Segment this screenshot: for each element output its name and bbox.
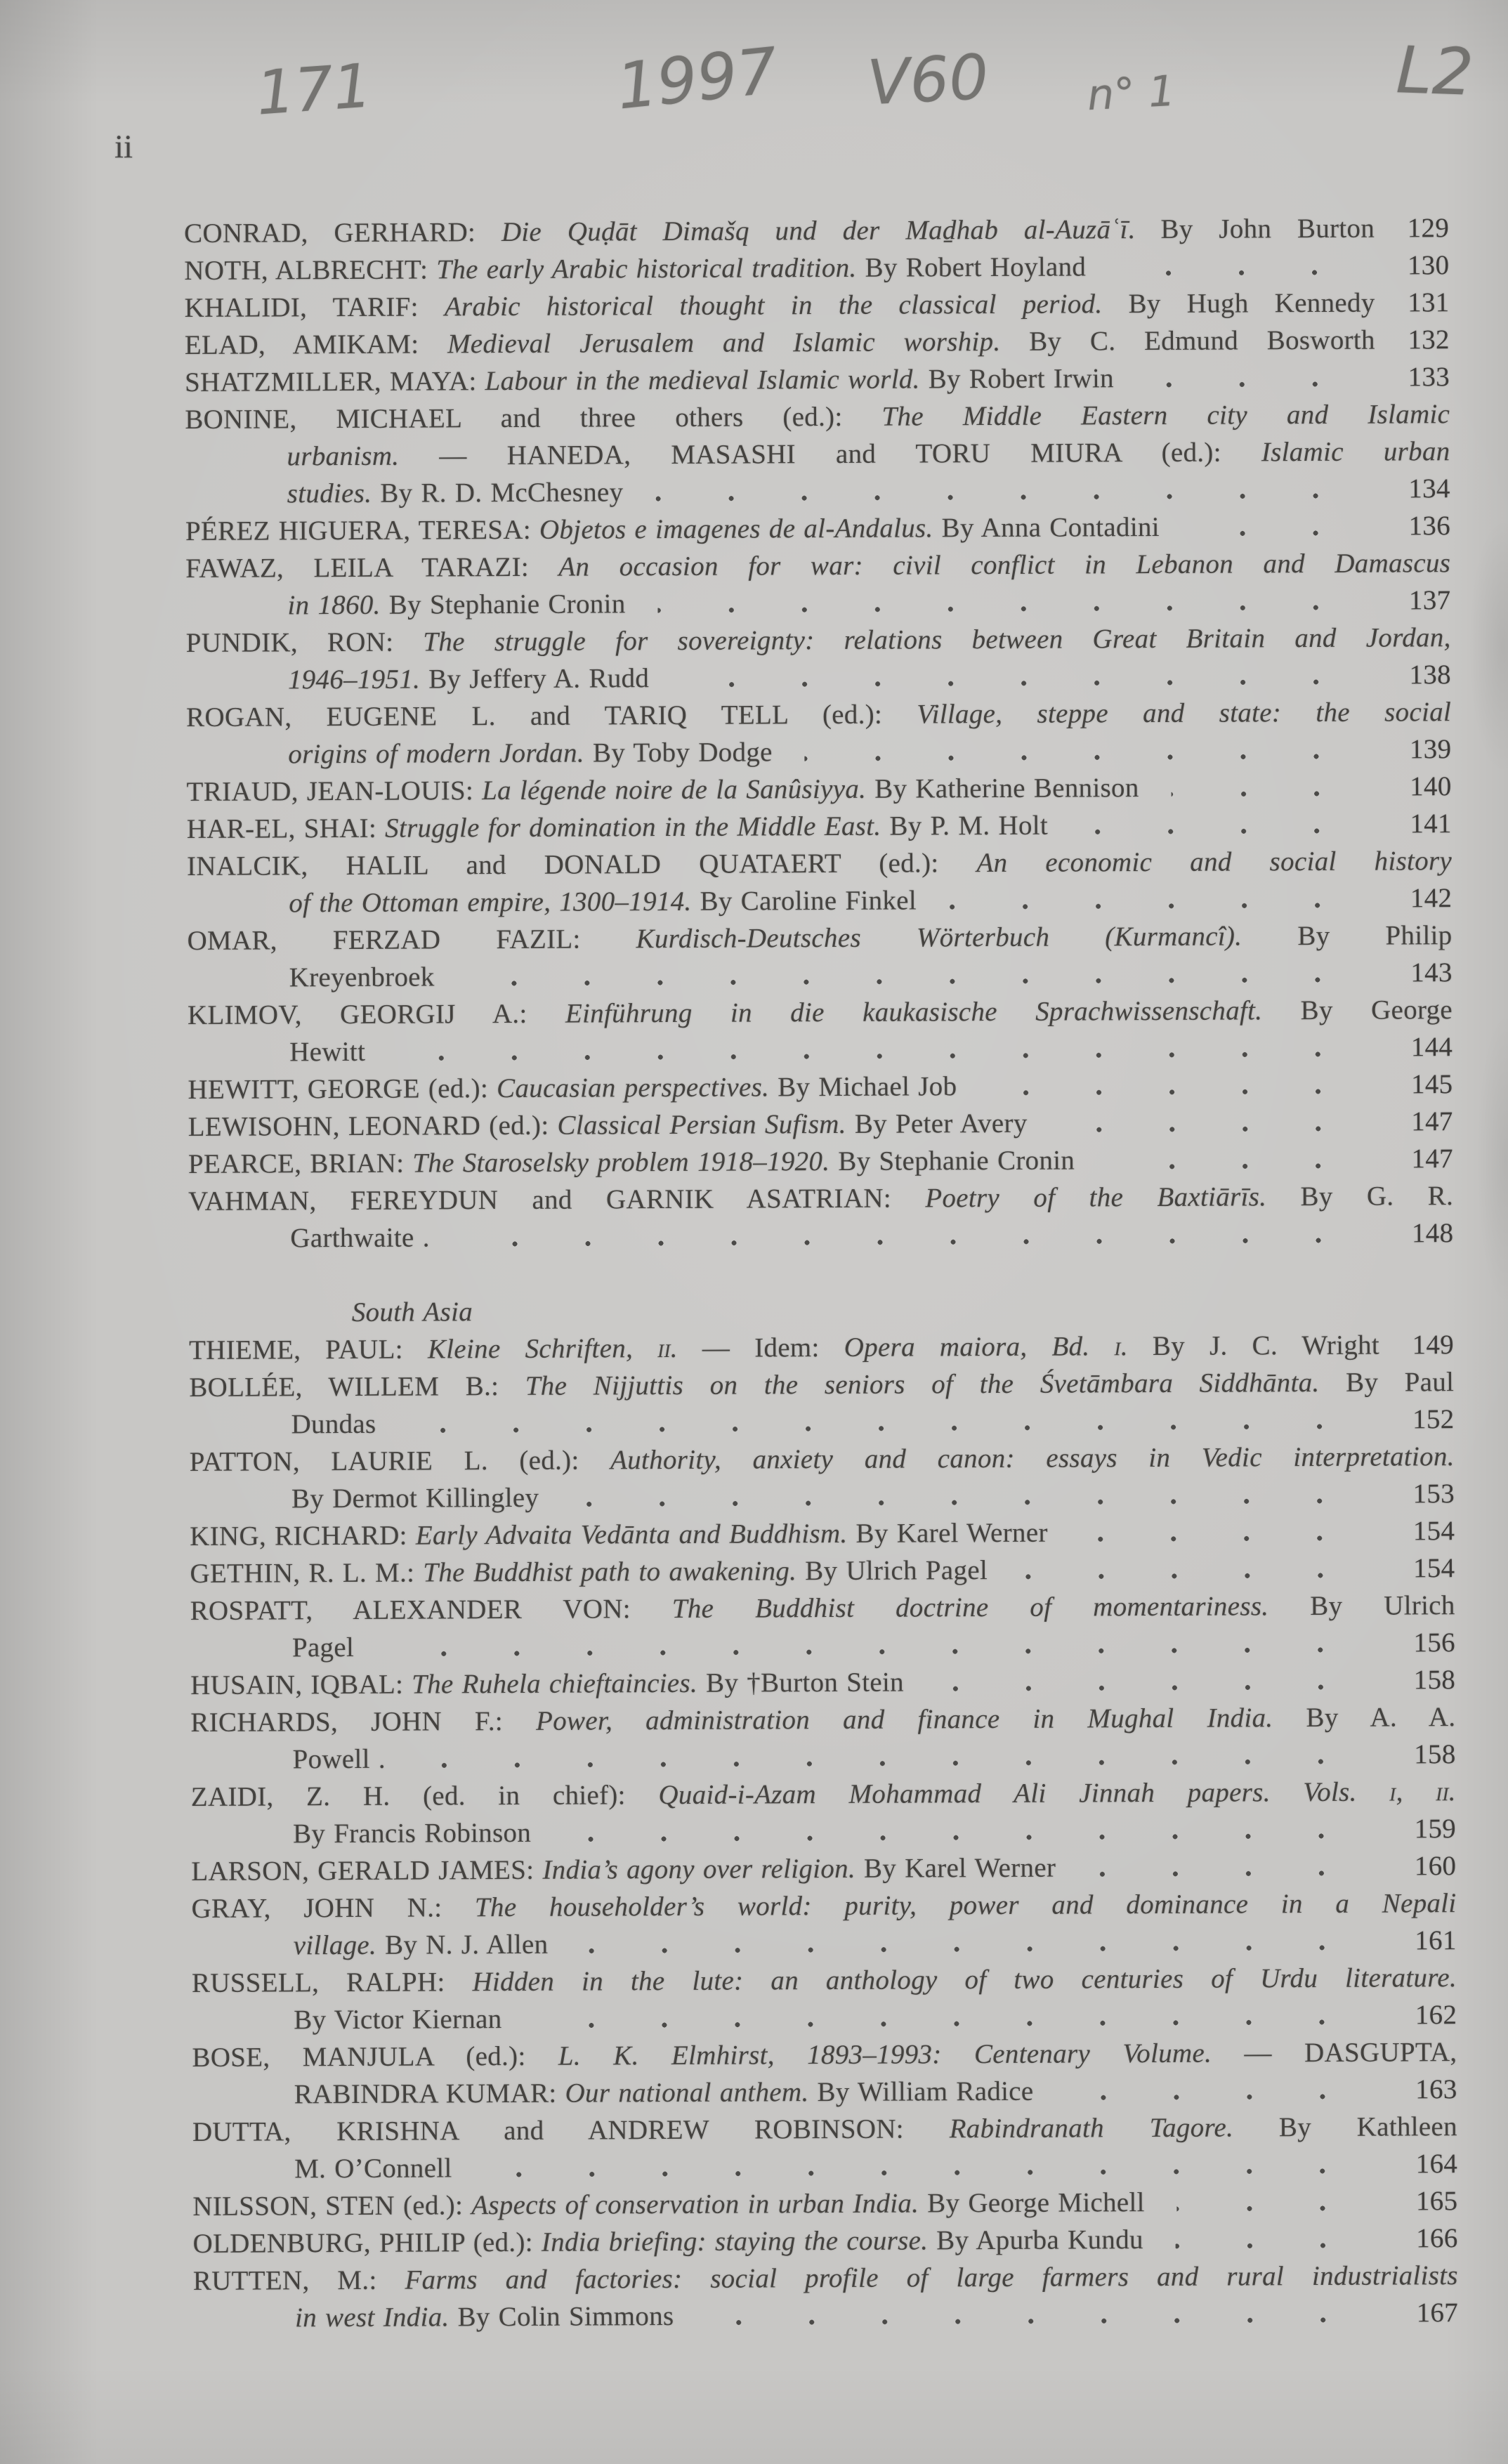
dot-leader xyxy=(563,1811,1358,1852)
entry-page-number: 141 xyxy=(1377,805,1452,842)
entry-page-number: 143 xyxy=(1378,954,1453,991)
entry-page-number: 154 xyxy=(1380,1512,1455,1549)
index-entry-line: NOTH, ALBRECHT: The early Arabic histori… xyxy=(184,247,1449,289)
index-entry-line: KLIMOV, GEORGIJ A.: Einführung in die ka… xyxy=(188,991,1453,1034)
dot-leader xyxy=(1192,508,1352,546)
index-entry-line: DUTTA, KRISHNA and ANDREW ROBINSON: Rabi… xyxy=(192,2108,1457,2151)
entry-page-number: 148 xyxy=(1379,1214,1453,1252)
dot-leader xyxy=(989,1066,1354,1105)
entry-text: Dundas xyxy=(291,1405,376,1443)
entry-text: village. By N. J. Allen xyxy=(294,1926,549,1965)
entry-text: THIEME, PAUL: Kleine Schriften, ii. — Id… xyxy=(189,1327,1379,1369)
index-entry-line: LEWISOHN, LEONARD (ed.): Classical Persi… xyxy=(188,1103,1453,1146)
entry-text: DUTTA, KRISHNA and ANDREW ROBINSON: Rabi… xyxy=(192,2108,1457,2151)
index-entry-line: ROSPATT, ALEXANDER VON: The Buddhist doc… xyxy=(190,1587,1455,1630)
index-entry-line: GRAY, JOHN N.: The householder’s world: … xyxy=(191,1885,1456,1927)
entry-text: SHATZMILLER, MAYA: Labour in the medieva… xyxy=(185,360,1114,401)
entry-text: NILSSON, STEN (ed.): Aspects of conserva… xyxy=(192,2184,1145,2225)
index-entry-line: BOLLÉE, WILLEM B.: The Nijjuttis on the … xyxy=(189,1363,1454,1406)
entry-text: PEARCE, BRIAN: The Staroselsky problem 1… xyxy=(188,1141,1075,1183)
entry-page-number: 132 xyxy=(1375,321,1450,358)
index-entry-line: Powell .158 xyxy=(190,1736,1455,1778)
index-entry-line: ZAIDI, Z. H. (ed. in chief): Quaid-i-Aza… xyxy=(191,1773,1456,1816)
entry-page-number: 162 xyxy=(1382,1996,1457,2033)
entry-page-number: 161 xyxy=(1382,1922,1457,1959)
index-entry-line: FAWAZ, LEILA TARAZI: An occasion for war… xyxy=(185,544,1450,587)
entry-page-number: 156 xyxy=(1381,1624,1455,1661)
index-entry-line: SHATZMILLER, MAYA: Labour in the medieva… xyxy=(185,358,1450,401)
index-entry-line: LARSON, GERALD JAMES: India’s agony over… xyxy=(191,1847,1456,1890)
index-entry-line: BOSE, MANJULA (ed.): L. K. Elmhirst, 189… xyxy=(192,2033,1457,2076)
dot-leader xyxy=(1080,1513,1357,1552)
index-entry-line: urbanism. — HANEDA, MASASHI and TORU MIU… xyxy=(185,433,1450,476)
scanned-page: { "document": { "folio": "ii", "handwrit… xyxy=(0,0,1508,2464)
index-entry-line: PEARCE, BRIAN: The Staroselsky problem 1… xyxy=(188,1140,1453,1183)
index-entry-line: RUTTEN, M.: Farms and factories: social … xyxy=(193,2257,1458,2300)
entry-text: GETHIN, R. L. M.: The Buddhist path to a… xyxy=(190,1552,988,1592)
entry-text: RABINDRA KUMAR: Our national anthem. By … xyxy=(294,2073,1034,2114)
index-entry-line: RUSSELL, RALPH: Hidden in the lute: an a… xyxy=(192,1959,1457,2002)
index-entry-line: KING, RICHARD: Early Advaita Vedānta and… xyxy=(190,1512,1455,1555)
index-entry-line: HAR-EL, SHAI: Struggle for domination in… xyxy=(187,805,1452,848)
entry-text: RICHARDS, JOHN F.: Power, administration… xyxy=(190,1698,1455,1741)
index-entry-line: M. O’Connell164 xyxy=(192,2145,1457,2188)
entry-page-number: 164 xyxy=(1383,2145,1457,2182)
dot-leader xyxy=(936,1662,1357,1701)
index-entry-line: BONINE, MICHAEL and three others (ed.): … xyxy=(185,395,1450,438)
entry-text: KHALIDI, TARIF: Arabic historical though… xyxy=(184,284,1375,327)
dot-leader xyxy=(418,1736,1358,1778)
entry-page-number: 129 xyxy=(1375,209,1449,247)
entry-page-number: 133 xyxy=(1375,358,1450,395)
entry-text: Pagel xyxy=(292,1629,354,1666)
entry-text: Kreyenbroek xyxy=(289,958,435,996)
entry-text: VAHMAN, FEREYDUN and GARNIK ASATRIAN: Po… xyxy=(188,1177,1453,1220)
index-entry-line: VAHMAN, FEREYDUN and GARNIK ASATRIAN: Po… xyxy=(188,1177,1453,1220)
handwritten-annotations: 1711997V60n° 1L2 xyxy=(0,0,1508,239)
index-entry-line: Dundas152 xyxy=(189,1401,1454,1443)
index-entry-line: CONRAD, GERHARD: Die Quḍāt Dimašq und de… xyxy=(184,209,1449,252)
entry-text: RUTTEN, M.: Farms and factories: social … xyxy=(193,2257,1458,2300)
entry-page-number: 147 xyxy=(1379,1140,1453,1177)
entry-text: ROSPATT, ALEXANDER VON: The Buddhist doc… xyxy=(190,1587,1455,1630)
index-entry-line: By Francis Robinson159 xyxy=(191,1810,1456,1853)
index-entry-line: By Victor Kiernan162 xyxy=(192,1996,1457,2039)
entry-text: HUSAIN, IQBAL: The Ruhela chieftaincies.… xyxy=(190,1664,904,1704)
index-entry-line: ROGAN, EUGENE L. and TARIQ TELL (ed.): V… xyxy=(186,693,1451,736)
dot-leader xyxy=(706,2295,1360,2335)
entry-text: Powell . xyxy=(292,1741,385,1778)
entry-page-number: 142 xyxy=(1377,879,1452,917)
section-heading: South Asia xyxy=(189,1289,1454,1332)
entry-page-number: 140 xyxy=(1377,768,1451,805)
entry-page-number: 158 xyxy=(1381,1661,1455,1698)
dot-leader xyxy=(466,955,1353,996)
index-entry-line: Pagel156 xyxy=(190,1624,1455,1667)
index-entry-line: INALCIK, HALIL and DONALD QUATAERT (ed.)… xyxy=(187,842,1452,885)
dot-leader xyxy=(1066,2071,1358,2110)
dot-leader xyxy=(1080,806,1353,844)
handwritten-annotation: 171 xyxy=(254,51,374,129)
entry-text: ROGAN, EUGENE L. and TARIQ TELL (ed.): V… xyxy=(186,693,1451,736)
dot-leader xyxy=(571,1476,1356,1516)
dot-leader xyxy=(1107,1141,1355,1179)
entry-page-number: 153 xyxy=(1380,1475,1455,1512)
index-entry-line: GETHIN, R. L. M.: The Buddhist path to a… xyxy=(190,1549,1455,1592)
index-entry-line: KHALIDI, TARIF: Arabic historical though… xyxy=(184,284,1449,327)
entry-text: CONRAD, GERHARD: Die Quḍāt Dimašq und de… xyxy=(184,210,1375,252)
entry-text: GRAY, JOHN N.: The householder’s world: … xyxy=(191,1885,1456,1927)
entry-text: of the Ottoman empire, 1300–1914. By Car… xyxy=(289,882,917,922)
index-entry-line: OMAR, FERZAD FAZIL: Kurdisch-Deutsches W… xyxy=(187,917,1452,959)
entry-text: By Victor Kiernan xyxy=(294,2000,502,2038)
index-entry-line: in west India. By Colin Simmons167 xyxy=(193,2294,1458,2337)
book-review-index: CONRAD, GERHARD: Die Quḍāt Dimašq und de… xyxy=(184,209,1458,2337)
entry-text: NOTH, ALBRECHT: The early Arabic histori… xyxy=(184,248,1086,289)
entry-page-number: 154 xyxy=(1380,1549,1455,1587)
entry-text: PATTON, LAURIE L. (ed.): Authority, anxi… xyxy=(190,1438,1455,1481)
index-entry-line: OLDENBURG, PHILIP (ed.): India briefing:… xyxy=(192,2220,1457,2262)
index-entry-line: in 1860. By Stephanie Cronin137 xyxy=(185,582,1450,624)
entry-text: ZAIDI, Z. H. (ed. in chief): Quaid-i-Aza… xyxy=(191,1773,1456,1816)
handwritten-annotation: L2 xyxy=(1395,32,1474,110)
index-entry-line: Garthwaite .148 xyxy=(188,1214,1453,1257)
dot-leader xyxy=(408,1401,1356,1443)
entry-text: KLIMOV, GEORGIJ A.: Einführung in die ka… xyxy=(188,991,1453,1034)
dot-leader xyxy=(386,1625,1357,1666)
entry-page-number: 159 xyxy=(1382,1810,1456,1847)
entry-page-number: 136 xyxy=(1376,507,1450,544)
index-entry-line: NILSSON, STEN (ed.): Aspects of conserva… xyxy=(192,2182,1457,2225)
entry-text: LEWISOHN, LEONARD (ed.): Classical Persi… xyxy=(188,1105,1028,1146)
index-entry-line: origins of modern Jordan. By Toby Dodge1… xyxy=(186,730,1451,773)
index-entry-line: HEWITT, GEORGE (ed.): Caucasian perspect… xyxy=(188,1066,1453,1108)
index-entry-line: By Dermot Killingley153 xyxy=(190,1475,1455,1518)
entry-text: OLDENBURG, PHILIP (ed.): India briefing:… xyxy=(192,2221,1143,2262)
entry-text: KING, RICHARD: Early Advaita Vedānta and… xyxy=(190,1514,1048,1555)
entry-text: studies. By R. D. McChesney xyxy=(287,473,624,512)
entry-text: origins of modern Jordan. By Toby Dodge xyxy=(288,733,773,773)
index-entry-line: 1946–1951. By Jeffery A. Rudd138 xyxy=(186,656,1451,699)
index-entry-line: village. By N. J. Allen161 xyxy=(192,1922,1457,1965)
entry-text: ELAD, AMIKAM: Medieval Jerusalem and Isl… xyxy=(185,322,1375,364)
entry-text: INALCIK, HALIL and DONALD QUATAERT (ed.)… xyxy=(187,842,1452,885)
index-entry-line: Kreyenbroek143 xyxy=(188,954,1453,997)
entry-text: HAR-EL, SHAI: Struggle for domination in… xyxy=(187,807,1048,848)
entry-page-number: 165 xyxy=(1383,2182,1457,2220)
entry-text: FAWAZ, LEILA TARAZI: An occasion for war… xyxy=(185,544,1450,587)
index-entry-line: HUSAIN, IQBAL: The Ruhela chieftaincies.… xyxy=(190,1661,1455,1704)
dot-leader xyxy=(462,1215,1356,1257)
entry-text: M. O’Connell xyxy=(294,2149,452,2187)
dot-leader xyxy=(681,657,1353,697)
dot-leader xyxy=(398,1029,1354,1070)
index-entry-line: RABINDRA KUMAR: Our national anthem. By … xyxy=(192,2071,1457,2114)
entry-page-number: 160 xyxy=(1382,1847,1456,1885)
entry-text: 1946–1951. By Jeffery A. Rudd xyxy=(288,660,650,698)
dot-leader xyxy=(1118,247,1351,285)
handwritten-annotation: V60 xyxy=(865,41,990,119)
entry-text: LARSON, GERALD JAMES: India’s agony over… xyxy=(191,1849,1056,1890)
dot-leader xyxy=(1176,2220,1360,2258)
entry-page-number: 131 xyxy=(1375,284,1449,321)
entry-page-number: 158 xyxy=(1381,1736,1455,1773)
page-number-folio: ii xyxy=(114,128,133,166)
entry-page-number: 147 xyxy=(1379,1103,1453,1140)
entry-text: BONINE, MICHAEL and three others (ed.): … xyxy=(185,395,1450,438)
entry-page-number: 145 xyxy=(1378,1066,1453,1103)
section-gap xyxy=(188,1252,1453,1295)
entry-text: OMAR, FERZAD FAZIL: Kurdisch-Deutsches W… xyxy=(187,917,1452,959)
dot-leader xyxy=(1177,2183,1360,2221)
dot-leader xyxy=(655,471,1352,511)
entry-page-number: 149 xyxy=(1379,1326,1454,1363)
entry-page-number: 144 xyxy=(1378,1028,1453,1066)
index-entry-line: PUNDIK, RON: The struggle for sovereignt… xyxy=(186,619,1451,662)
entry-text: RUSSELL, RALPH: Hidden in the lute: an a… xyxy=(192,1959,1457,2002)
entry-page-number: 163 xyxy=(1383,2071,1457,2108)
index-entry-line: PATTON, LAURIE L. (ed.): Authority, anxi… xyxy=(190,1438,1455,1481)
entry-page-number: 152 xyxy=(1379,1401,1454,1438)
index-entry-line: ELAD, AMIKAM: Medieval Jerusalem and Isl… xyxy=(185,321,1450,364)
index-entry-line: of the Ottoman empire, 1300–1914. By Car… xyxy=(187,879,1452,922)
entry-text: in west India. By Colin Simmons xyxy=(295,2298,674,2336)
entry-text: BOSE, MANJULA (ed.): L. K. Elmhirst, 189… xyxy=(192,2033,1457,2076)
entry-text: TRIAUD, JEAN-LOUIS: La légende noire de … xyxy=(186,769,1139,811)
entry-page-number: 130 xyxy=(1375,247,1449,284)
dot-leader xyxy=(484,2146,1359,2187)
index-entry-line: TRIAUD, JEAN-LOUIS: La légende noire de … xyxy=(186,768,1451,811)
entry-page-number: 167 xyxy=(1384,2294,1458,2331)
index-entry-line: THIEME, PAUL: Kleine Schriften, ii. — Id… xyxy=(189,1326,1454,1369)
index-entry-line: RICHARDS, JOHN F.: Power, administration… xyxy=(190,1698,1455,1741)
dot-leader xyxy=(1020,1550,1357,1589)
entry-page-number: 137 xyxy=(1376,582,1450,619)
handwritten-annotation: n° 1 xyxy=(1086,67,1176,120)
dot-leader xyxy=(949,880,1354,919)
dot-leader xyxy=(657,582,1352,622)
entry-text: in 1860. By Stephanie Cronin xyxy=(287,585,625,624)
index-entry-line: Hewitt144 xyxy=(188,1028,1453,1071)
dot-leader xyxy=(580,1922,1358,1963)
index-entry-line: studies. By R. D. McChesney134 xyxy=(185,470,1450,513)
dot-leader xyxy=(1088,1848,1358,1887)
entry-text: HEWITT, GEORGE (ed.): Caucasian perspect… xyxy=(188,1068,957,1108)
dot-leader xyxy=(805,731,1353,771)
handwritten-annotation: 1997 xyxy=(613,34,781,124)
entry-text: BOLLÉE, WILLEM B.: The Nijjuttis on the … xyxy=(189,1363,1454,1406)
entry-text: PUNDIK, RON: The struggle for sovereignt… xyxy=(186,619,1451,662)
entry-text: By Francis Robinson xyxy=(293,1814,531,1852)
dot-leader xyxy=(534,1997,1358,2038)
entry-text: urbanism. — HANEDA, MASASHI and TORU MIU… xyxy=(287,433,1450,475)
dot-leader xyxy=(1059,1103,1354,1142)
entry-text: Garthwaite . xyxy=(290,1219,430,1257)
entry-text: PÉREZ HIGUERA, TERESA: Objetos e imagene… xyxy=(185,509,1160,550)
index-entry-line: PÉREZ HIGUERA, TERESA: Objetos e imagene… xyxy=(185,507,1450,550)
entry-text: Hewitt xyxy=(289,1033,365,1070)
entry-page-number: 166 xyxy=(1383,2220,1457,2257)
entry-page-number: 139 xyxy=(1377,730,1451,768)
dot-leader xyxy=(1146,359,1351,397)
entry-page-number: 134 xyxy=(1376,470,1450,507)
dot-leader xyxy=(1171,768,1353,806)
entry-text: By Dermot Killingley xyxy=(291,1479,539,1518)
entry-page-number: 138 xyxy=(1377,656,1451,693)
